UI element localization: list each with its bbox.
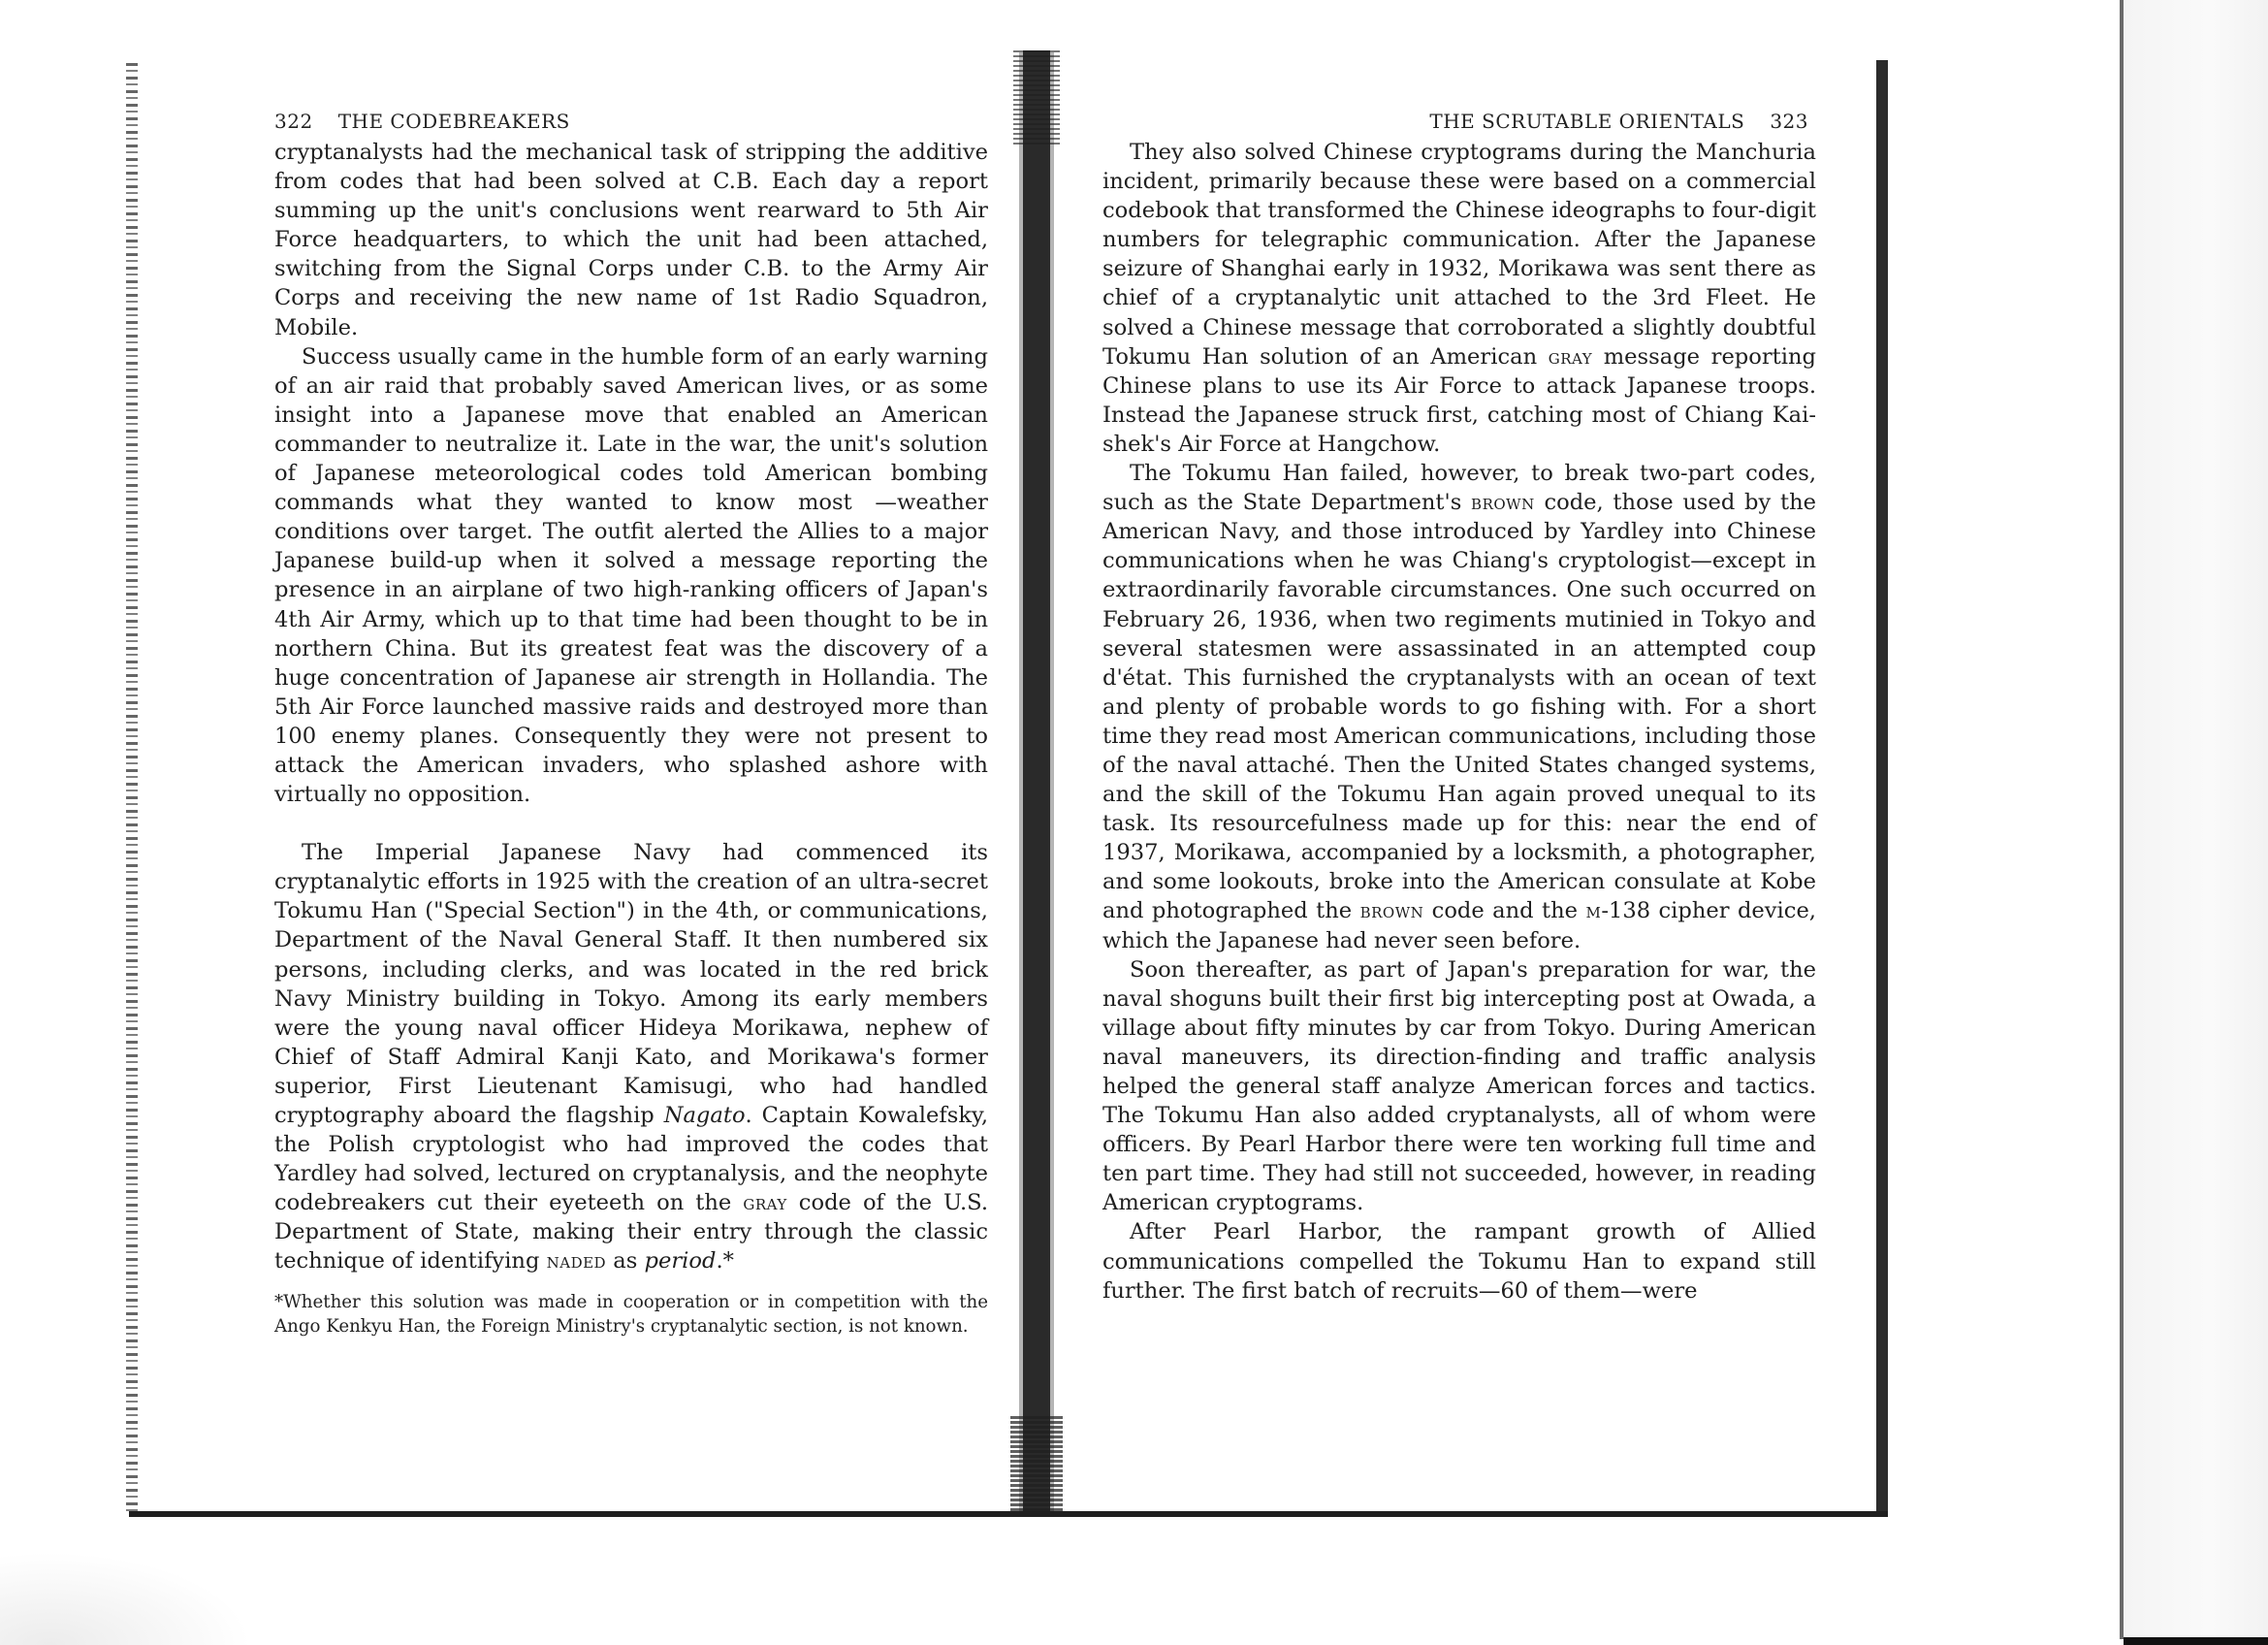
left-page-edge [126,63,138,1513]
left-running-head: 322 THE CODEBREAKERS [274,107,988,136]
left-page-number: 322 [274,107,313,136]
left-paragraph: The Imperial Japanese Navy had commenced… [274,838,988,1275]
scan-corner-shadow [2124,1637,2268,1645]
right-running-head: THE SCRUTABLE ORIENTALS 323 [1102,107,1808,136]
left-paragraph: Success usually came in the humble form … [274,342,988,810]
gutter-noise-bottom [1010,1416,1063,1513]
scan-edge-line [2120,0,2124,1639]
book-gutter [1023,50,1050,1517]
left-running-title: THE CODEBREAKERS [338,107,570,136]
left-paragraph: cryptanalysts had the mechanical task of… [274,138,988,342]
right-page-edge [1876,60,1888,1513]
left-body-text: cryptanalysts had the mechanical task of… [274,138,988,1276]
left-page: 322 THE CODEBREAKERS cryptanalysts had t… [274,107,988,1339]
right-paragraph: They also solved Chinese cryptograms dur… [1102,138,1816,459]
scan-shadow [0,1552,252,1645]
right-paragraph: After Pearl Harbor, the rampant growth o… [1102,1217,1816,1305]
page-bottom-edge [129,1511,1888,1517]
right-body-text: They also solved Chinese cryptograms dur… [1102,138,1816,1306]
right-page: THE SCRUTABLE ORIENTALS 323 They also so… [1102,107,1816,1306]
footnote: *Whether this solution was made in coope… [274,1290,988,1339]
scanner-margin [2124,0,2268,1645]
gutter-noise-top [1013,50,1060,147]
right-running-title: THE SCRUTABLE ORIENTALS [1429,107,1744,136]
right-paragraph: Soon thereafter, as part of Japan's prep… [1102,955,1816,1218]
right-paragraph: The Tokumu Han failed, however, to break… [1102,459,1816,955]
right-page-number: 323 [1770,107,1808,136]
